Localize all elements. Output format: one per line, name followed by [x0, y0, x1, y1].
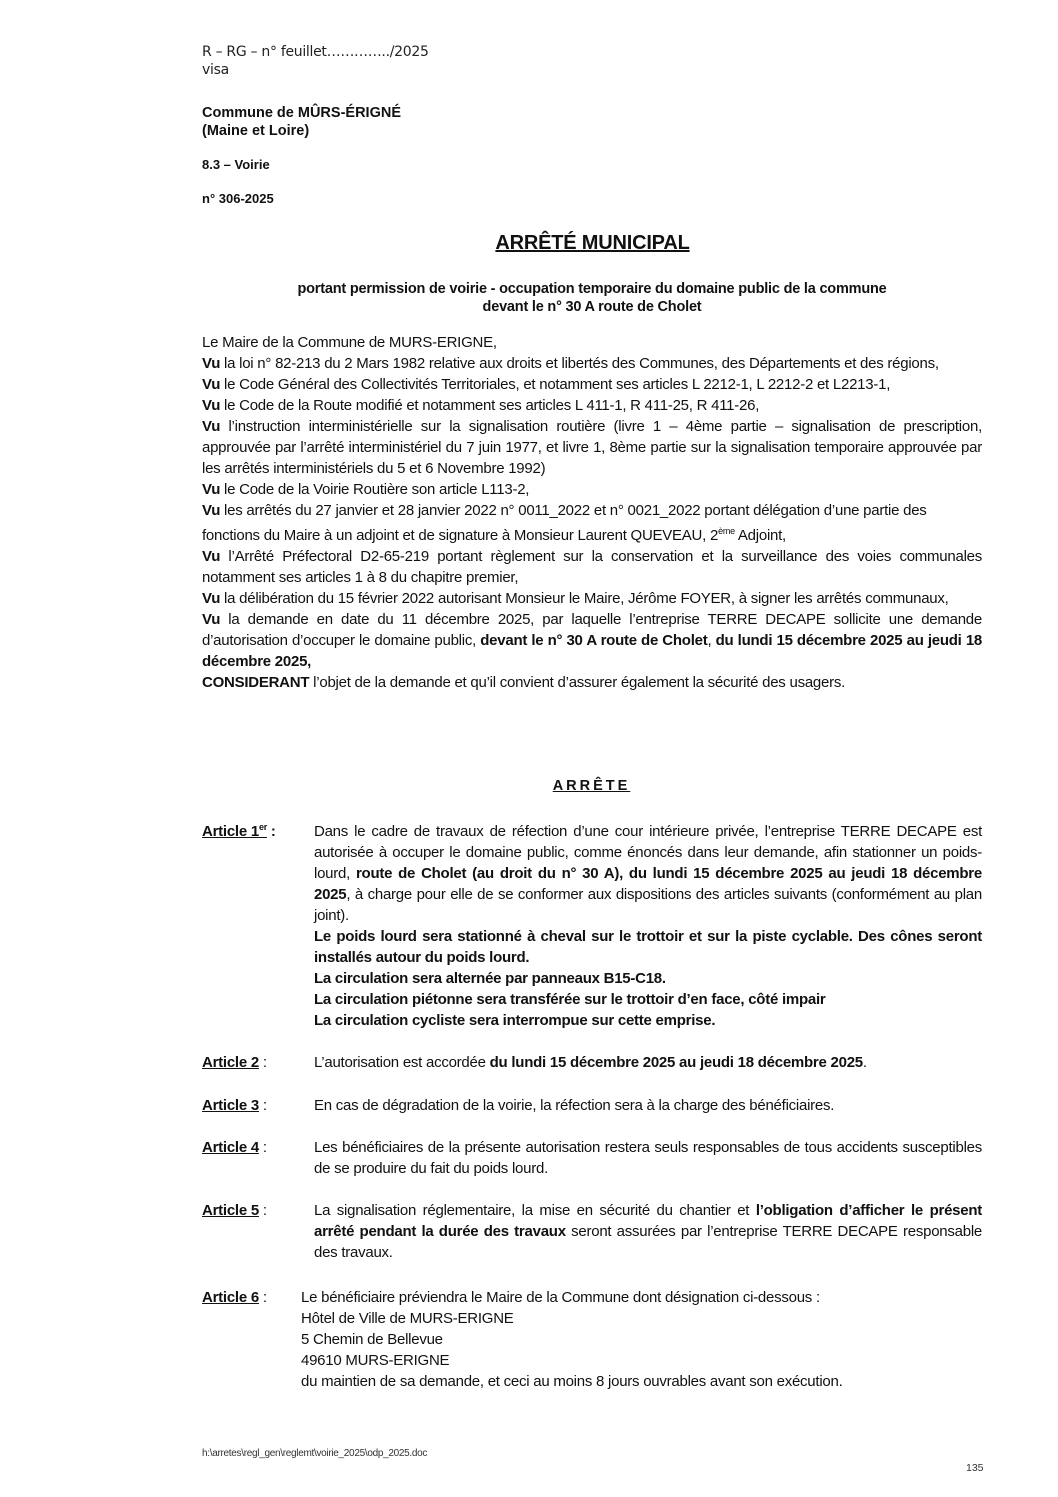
vu-label: Vu: [202, 611, 220, 628]
preamble: Le Maire de la Commune de MURS-ERIGNE, V…: [202, 332, 982, 693]
vu-clause: Vu la demande en date du 11 décembre 202…: [202, 609, 982, 672]
article-label-text: Article 2: [202, 1054, 259, 1071]
vu-text: ,: [707, 632, 715, 649]
article-text: La signalisation réglementaire, la mise …: [314, 1202, 756, 1219]
article-label-text: Article 6: [202, 1289, 259, 1306]
vu-label: Vu: [202, 376, 220, 393]
label-colon: :: [259, 1097, 267, 1114]
article-body: Dans le cadre de travaux de réfection d’…: [314, 821, 982, 1031]
category-label: 8.3 – Voirie: [202, 157, 270, 172]
article-text: .: [863, 1054, 867, 1071]
article-line: du maintien de sa demande, et ceci au mo…: [301, 1371, 982, 1392]
article-label-text: Article 5: [202, 1202, 259, 1219]
vu-text: la loi n° 82-213 du 2 Mars 1982 relative…: [220, 355, 939, 372]
article-body: Les bénéficiaires de la présente autoris…: [314, 1137, 982, 1179]
commune-line-2: (Maine et Loire): [202, 122, 401, 140]
article-body: Le bénéficiaire préviendra le Maire de l…: [301, 1287, 982, 1392]
page-number: 135: [966, 1462, 984, 1474]
vu-clause: Vu la loi n° 82-213 du 2 Mars 1982 relat…: [202, 353, 982, 374]
article-body: En cas de dégradation de la voirie, la r…: [314, 1095, 982, 1116]
article-label-text: Article 1er: [202, 823, 267, 840]
article-emphasis: La circulation sera alternée par panneau…: [314, 970, 666, 987]
vu-text: la délibération du 15 février 2022 autor…: [220, 590, 948, 607]
considerant-clause: CONSIDERANT l’objet de la demande et qu’…: [202, 672, 982, 693]
sheet-reference: R – RG – n° feuillet…………../2025: [202, 43, 429, 61]
label-colon: :: [259, 1139, 267, 1156]
article-paragraph: La circulation cycliste sera interrompue…: [314, 1010, 982, 1031]
article-paragraph: La signalisation réglementaire, la mise …: [314, 1200, 982, 1263]
article-label: Article 3 :: [202, 1095, 267, 1116]
label-colon: :: [267, 823, 276, 840]
header-reference: R – RG – n° feuillet…………../2025 visa: [202, 43, 429, 79]
location-emphasis: devant le n° 30 A route de Cholet: [480, 632, 707, 649]
decree-number: n° 306-2025: [202, 191, 274, 206]
vu-text: l’Arrêté Préfectoral D2-65-219 portant r…: [202, 548, 982, 586]
vu-text: le Code de la Route modifié et notamment…: [220, 397, 759, 414]
article-emphasis: La circulation cycliste sera interrompue…: [314, 1012, 715, 1029]
article-emphasis: Le poids lourd sera stationné à cheval s…: [314, 928, 982, 966]
vu-text: Adjoint,: [735, 527, 786, 544]
article-emphasis: du lundi 15 décembre 2025 au jeudi 18 dé…: [490, 1054, 863, 1071]
article-paragraph: La circulation sera alternée par panneau…: [314, 968, 982, 989]
article-label-text: Article 3: [202, 1097, 259, 1114]
label-colon: :: [259, 1202, 267, 1219]
article-5: Article 5 : La signalisation réglementai…: [202, 1200, 982, 1263]
label-text: Article 1: [202, 823, 259, 840]
vu-text: le Code Général des Collectivités Territ…: [220, 376, 890, 393]
vu-label: Vu: [202, 418, 220, 435]
label-colon: :: [259, 1289, 267, 1306]
article-4: Article 4 : Les bénéficiaires de la prés…: [202, 1137, 982, 1179]
subtitle-line-1: portant permission de voirie - occupatio…: [202, 280, 982, 298]
commune-line-1: Commune de MÛRS-ÉRIGNÉ: [202, 104, 401, 122]
vu-label: Vu: [202, 397, 220, 414]
vu-clause: Vu les arrêtés du 27 janvier et 28 janvi…: [202, 500, 982, 546]
address-line: Hôtel de Ville de MURS-ERIGNE: [301, 1308, 982, 1329]
preamble-intro: Le Maire de la Commune de MURS-ERIGNE,: [202, 332, 982, 353]
article-2: Article 2 : L’autorisation est accordée …: [202, 1052, 982, 1073]
vu-clause: Vu la délibération du 15 février 2022 au…: [202, 588, 982, 609]
article-paragraph: En cas de dégradation de la voirie, la r…: [314, 1095, 982, 1116]
vu-text: les arrêtés du 27 janvier et 28 janvier …: [202, 502, 927, 544]
vu-clause: Vu le Code de la Route modifié et notamm…: [202, 395, 982, 416]
article-text: L’autorisation est accordée: [314, 1054, 490, 1071]
vu-label: Vu: [202, 355, 220, 372]
vu-label: Vu: [202, 590, 220, 607]
vu-text: le Code de la Voirie Routière son articl…: [220, 481, 529, 498]
article-body: L’autorisation est accordée du lundi 15 …: [314, 1052, 982, 1073]
visa-label: visa: [202, 61, 429, 79]
arrete-heading: ARRÊTE: [0, 778, 1058, 794]
article-line: Le bénéficiaire préviendra le Maire de l…: [301, 1287, 982, 1308]
vu-label: Vu: [202, 502, 220, 519]
label-colon: :: [259, 1054, 267, 1071]
article-emphasis: La circulation piétonne sera transférée …: [314, 991, 825, 1008]
superscript: er: [259, 822, 267, 832]
article-paragraph: Dans le cadre de travaux de réfection d’…: [314, 821, 982, 926]
vu-label: Vu: [202, 481, 220, 498]
vu-clause: Vu le Code de la Voirie Routière son art…: [202, 479, 982, 500]
vu-clause: Vu l’Arrêté Préfectoral D2-65-219 portan…: [202, 546, 982, 588]
article-1: Article 1er : Dans le cadre de travaux d…: [202, 821, 982, 1031]
subtitle: portant permission de voirie - occupatio…: [202, 280, 982, 316]
vu-clause: Vu le Code Général des Collectivités Ter…: [202, 374, 982, 395]
article-label: Article 4 :: [202, 1137, 267, 1158]
article-label: Article 5 :: [202, 1200, 267, 1221]
article-paragraph: Le poids lourd sera stationné à cheval s…: [314, 926, 982, 968]
page-title: ARRÊTÉ MUNICIPAL: [0, 232, 1058, 255]
address-line: 49610 MURS-ERIGNE: [301, 1350, 982, 1371]
article-body: La signalisation réglementaire, la mise …: [314, 1200, 982, 1263]
vu-label: Vu: [202, 548, 220, 565]
article-paragraph: Les bénéficiaires de la présente autoris…: [314, 1137, 982, 1179]
article-paragraph: L’autorisation est accordée du lundi 15 …: [314, 1052, 982, 1073]
address-line: 5 Chemin de Bellevue: [301, 1329, 982, 1350]
commune-name: Commune de MÛRS-ÉRIGNÉ (Maine et Loire): [202, 104, 401, 140]
article-label-text: Article 4: [202, 1139, 259, 1156]
vu-clause: Vu l’instruction interministérielle sur …: [202, 416, 982, 479]
considerant-text: l’objet de la demande et qu’il convient …: [309, 674, 845, 691]
superscript: ème: [718, 526, 735, 536]
considerant-label: CONSIDERANT: [202, 674, 309, 691]
document-page: R – RG – n° feuillet…………../2025 visa Com…: [0, 0, 1058, 1497]
article-6: Article 6 : Le bénéficiaire préviendra l…: [202, 1287, 982, 1392]
article-3: Article 3 : En cas de dégradation de la …: [202, 1095, 982, 1116]
footer-file-path: h:\arretes\regl_gen\reglemt\voirie_2025\…: [202, 1448, 427, 1459]
article-paragraph: La circulation piétonne sera transférée …: [314, 989, 982, 1010]
vu-text: l’instruction interministérielle sur la …: [202, 418, 982, 477]
subtitle-line-2: devant le n° 30 A route de Cholet: [202, 298, 982, 316]
article-label: Article 6 :: [202, 1287, 267, 1308]
article-label: Article 2 :: [202, 1052, 267, 1073]
article-label: Article 1er :: [202, 821, 276, 842]
article-text: , à charge pour elle de se conformer aux…: [314, 886, 982, 924]
